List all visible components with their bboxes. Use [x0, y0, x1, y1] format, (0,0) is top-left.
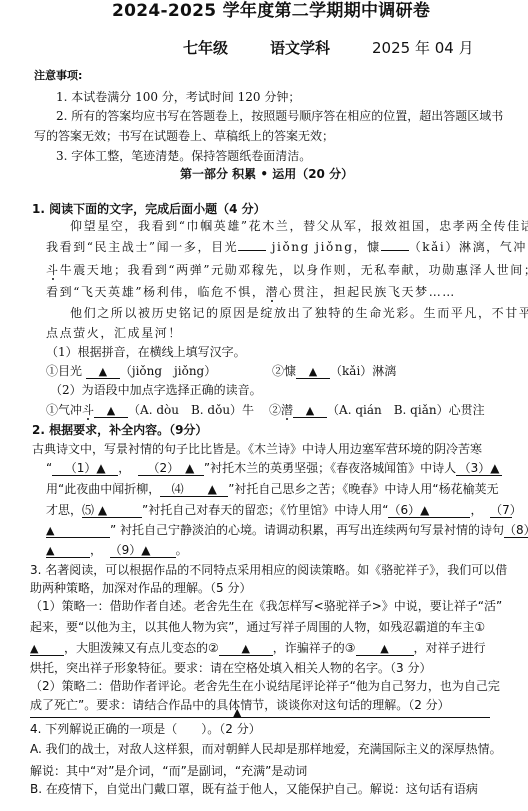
- q2-line-0: 古典诗文中，写景衬情的句子比比皆是。《木兰诗》中诗人用边塞军营环境的阴冷苦寒: [32, 441, 482, 457]
- answer-blank-9[interactable]: （9）▲: [110, 544, 176, 558]
- triangle-marker-icon: ▲: [306, 404, 314, 417]
- q3-s1-line-3: ▲，大胆泼辣又有点儿变态的②▲，诈骗祥子的③▲，对祥子进行: [30, 640, 486, 656]
- passage-line-6: 点点萤火，汇成星河！: [46, 325, 182, 341]
- section-title: 第一部分 积累 • 运用（20 分）: [180, 166, 353, 182]
- answer-blank-8[interactable]: （8）: [504, 524, 528, 538]
- q1-sub1-label: （1）根据拼音，在横线上填写汉字。: [46, 344, 246, 360]
- notice-item-2-cont: 写的答案无效；书写在试题卷上、草稿纸上的答案无效；: [34, 128, 334, 144]
- grade-label: 七年级: [183, 40, 228, 56]
- question-1-stem: 1. 阅读下面的文字，完成后面小题（4 分）: [32, 201, 266, 217]
- triangle-marker-icon: ▲: [233, 705, 241, 721]
- dotted-char-dou: 斗: [46, 263, 60, 277]
- q4-option-a-note: 解说：其中“对”是介词，“而”是副词，“充满”是动词: [30, 763, 307, 779]
- q1-sub2-b: ②潜▲（A. qián B. qiǎn）心贯注: [269, 402, 485, 418]
- dotted-char-qian: 潜: [265, 285, 279, 299]
- blank-kai[interactable]: [381, 250, 409, 251]
- answer-blank[interactable]: ▲: [94, 404, 128, 418]
- triangle-marker-icon: ▲: [30, 642, 38, 655]
- q3-s1-line-4: 烘托，突出祥子形象特征。要求：请在空格处填入相关人物的名字。（3 分）: [30, 660, 431, 676]
- triangle-marker-icon: ▲: [46, 544, 54, 557]
- exam-page: 2024-2025 学年度第二学期期中调研卷 七年级 语文学科 2025 年 0…: [0, 0, 528, 811]
- answer-blank-2[interactable]: （2） ▲: [138, 462, 204, 476]
- passage-line-3: 斗牛震天地；我看到“两弹”元勋邓稼先，以身作则，无私奉献，功勋惠泽人世间；我: [46, 262, 528, 278]
- exam-title: 2024-2025 学年度第二学期期中调研卷: [112, 3, 430, 19]
- q3-s1-line-1: （1）策略一：借助作者自述。老舍先生在《我怎样写<骆驼祥子>》中说，要让祥子“活…: [30, 598, 502, 614]
- answer-blank-5[interactable]: ⑸ ▲: [82, 504, 142, 518]
- answer-blank-3[interactable]: ▲: [356, 642, 414, 656]
- answer-blank-7[interactable]: （7）: [490, 504, 512, 518]
- answer-blank-3[interactable]: （3）▲: [456, 462, 502, 476]
- triangle-marker-icon: ▲: [99, 365, 107, 378]
- q2-line-2: 用“此夜曲中闻折柳，⑷ ▲”衬托自己思乡之苦；《晚春》中诗人用“杨花榆荚无: [46, 481, 499, 497]
- question-3-stem: 3. 名著阅读，可以根据作品的不同特点采用相应的阅读策略。如《骆驼祥子》，我们可…: [30, 562, 507, 578]
- triangle-marker-icon: ▲: [107, 404, 115, 417]
- passage-line-2: 我看到“民主战士”闻一多，目光 jiǒng jiǒng，慷（kǎi）淋漓，气冲: [46, 239, 527, 255]
- triangle-marker-icon: ▲: [309, 365, 317, 378]
- answer-blank-1[interactable]: （1）▲: [52, 462, 118, 476]
- blank-jiong[interactable]: [238, 250, 266, 251]
- notice-item-1: 1. 本试卷满分 100 分，考试时间 120 分钟；: [56, 89, 300, 105]
- q3-s1-line-2: 起来，要“以他为主，以其他人物为宾”，通过写祥子周围的人物，如残忍霸道的车主①: [30, 619, 485, 635]
- answer-blank-1[interactable]: ▲: [30, 642, 64, 656]
- answer-blank-7-cont[interactable]: ▲: [46, 524, 110, 538]
- passage-line-1: 仰望星空，我看到“巾帼英雄”花木兰，替父从军，报效祖国，忠孝两全传佳话；: [70, 218, 528, 234]
- q1-sub1-a: ①目光 ▲（jiǒng jiǒng）: [46, 363, 216, 379]
- q2-line-3: 才思，⑸ ▲”衬托自己对春天的留恋；《竹里馆》中诗人用“（6）▲， （7）: [46, 502, 512, 518]
- question-3-stem-cont: 助两种策略，加深对作品的理解。（5 分）: [30, 580, 251, 596]
- q3-s2-line-1: （2）策略二：借助作者评论。老舍先生在小说结尾评论祥子“他为自己努力，也为自己完: [30, 678, 500, 694]
- notice-heading: 注意事项:: [34, 68, 82, 84]
- exam-date: 2025 年 04 月: [372, 40, 474, 56]
- q4-option-a: A. 我们的战士，对敌人这样狠，而对朝鲜人民却是那样地爱，充满国际主义的深厚热情…: [30, 741, 502, 757]
- q4-option-b: B. 在疫情下，自觉出门戴口罩，既有益于他人，又能保护自己。解说：这句话有语病: [30, 781, 478, 797]
- q1-sub1-b: ②慷▲（kǎi）淋漓: [272, 363, 396, 379]
- passage-line-4: 看到“飞天英雄”杨利伟，临危不惧，潜心贯注，担起民族飞天梦……: [46, 284, 456, 300]
- answer-blank-4[interactable]: ⑷ ▲: [160, 483, 228, 497]
- question-4-stem: 4. 下列解说正确的一项是（ ）。（2 分）: [30, 721, 261, 737]
- triangle-marker-icon: ▲: [380, 642, 388, 655]
- notice-item-2: 2. 所有的答案均应书写在答题卷上，按照题号顺序答在相应的位置，超出答题区域书: [56, 108, 503, 124]
- q2-line-5: ▲， （9）▲。: [46, 542, 188, 558]
- q2-line-1: “（1）▲， （2） ▲”衬托木兰的英勇坚强；《春夜洛城闻笛》中诗人（3）▲: [46, 460, 502, 476]
- q1-sub2-label: （2）为语段中加点字选择正确的读音。: [50, 382, 262, 398]
- answer-blank-6[interactable]: （6）▲: [388, 504, 470, 518]
- answer-blank[interactable]: ▲: [296, 365, 330, 379]
- notice-item-3: 3. 字体工整，笔迹清楚。保持答题纸卷面清洁。: [56, 148, 311, 164]
- answer-blank-8-cont[interactable]: ▲: [46, 544, 90, 558]
- triangle-marker-icon: ▲: [46, 524, 54, 537]
- answer-blank[interactable]: ▲: [86, 365, 120, 379]
- q1-sub2-a: ①气冲斗▲（A. dòu B. dǒu）牛: [46, 402, 254, 418]
- answer-blank[interactable]: ▲: [293, 404, 327, 418]
- q2-line-4: ▲” 衬托自己宁静淡泊的心境。请调动积累，再写出连续两句写景衬情的诗句（8）: [46, 522, 528, 538]
- answer-line[interactable]: [30, 717, 490, 718]
- triangle-marker-icon: ▲: [242, 642, 250, 655]
- question-2-stem: 2. 根据要求，补全内容。（9分）: [32, 422, 207, 438]
- passage-line-5: 他们之所以被历史铭记的原因是绽放出了独特的生命光彩。生而平凡，不甘平凡；: [70, 305, 528, 321]
- subject-label: 语文学科: [270, 40, 330, 56]
- answer-blank-2[interactable]: ▲: [219, 642, 273, 656]
